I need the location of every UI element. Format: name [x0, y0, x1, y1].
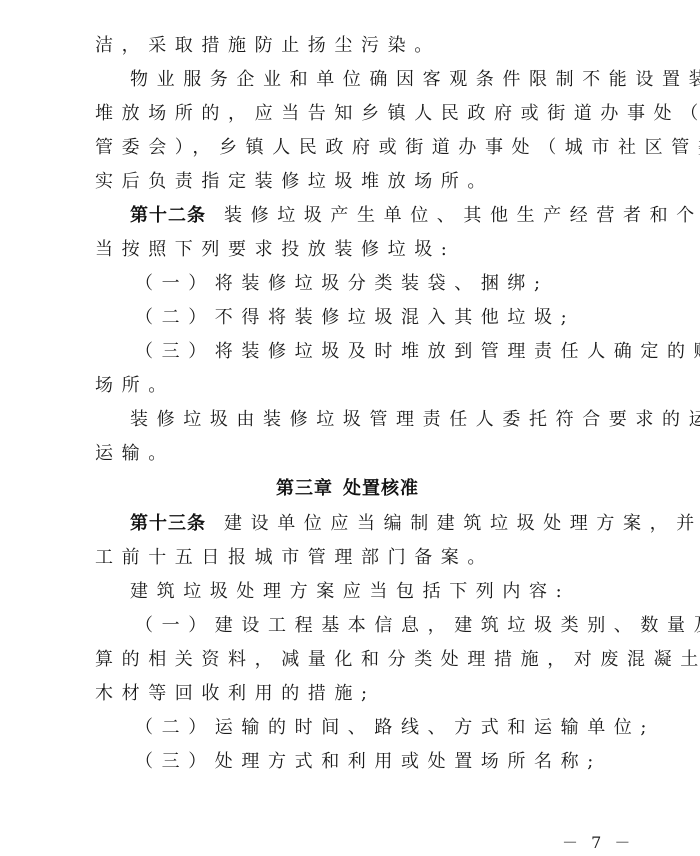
article-number: 第十三条: [130, 513, 206, 534]
chapter-heading: 第三章处置核准: [85, 471, 610, 507]
text-line: 装修垃圾由装修垃圾管理责任人委托符合要求的运输单位: [95, 403, 610, 437]
page-number: － 7 －: [562, 830, 634, 853]
list-item: （三）将装修垃圾及时堆放到管理责任人确定的贮存设施、: [95, 335, 610, 369]
text-line: 运输。: [95, 437, 610, 471]
text-line: 洁，采取措施防止扬尘污染。: [95, 29, 610, 63]
article-text: 建设单位应当编制建筑垃圾处理方案，并于开: [224, 513, 700, 534]
article-13: 第十三条建设单位应当编制建筑垃圾处理方案，并于开: [95, 507, 610, 541]
text-line: 场所。: [95, 369, 610, 403]
chapter-title: 处置核准: [343, 478, 419, 499]
chapter-number: 第三章: [276, 478, 333, 499]
article-text: 装修垃圾产生单位、其他生产经营者和个人应: [224, 205, 700, 226]
article-number: 第十二条: [130, 205, 206, 226]
text-line: 实后负责指定装修垃圾堆放场所。: [95, 165, 610, 199]
text-line: 算的相关资料，减量化和分类处理措施，对废混凝土、金属、: [95, 643, 610, 677]
document-page: 洁，采取措施防止扬尘污染。 物业服务企业和单位确因客观条件限制不能设置装修垃圾 …: [95, 29, 610, 779]
list-item: （一）建设工程基本信息，建筑垃圾类别、数量及可以核: [95, 609, 610, 643]
list-item: （二）不得将装修垃圾混入其他垃圾;: [95, 301, 610, 335]
list-item: （二）运输的时间、路线、方式和运输单位;: [95, 711, 610, 745]
text-line: 建筑垃圾处理方案应当包括下列内容:: [95, 575, 610, 609]
text-line: 物业服务企业和单位确因客观条件限制不能设置装修垃圾: [95, 63, 610, 97]
article-12: 第十二条装修垃圾产生单位、其他生产经营者和个人应: [95, 199, 610, 233]
text-line: 堆放场所的，应当告知乡镇人民政府或街道办事处（城市社区: [95, 97, 610, 131]
list-item: （三）处理方式和利用或处置场所名称;: [95, 745, 610, 779]
text-line: 当按照下列要求投放装修垃圾:: [95, 233, 610, 267]
list-item: （一）将装修垃圾分类装袋、捆绑;: [95, 267, 610, 301]
text-line: 工前十五日报城市管理部门备案。: [95, 541, 610, 575]
text-line: 木材等回收利用的措施;: [95, 677, 610, 711]
text-line: 管委会），乡镇人民政府或街道办事处（城市社区管委会）核: [95, 131, 610, 165]
